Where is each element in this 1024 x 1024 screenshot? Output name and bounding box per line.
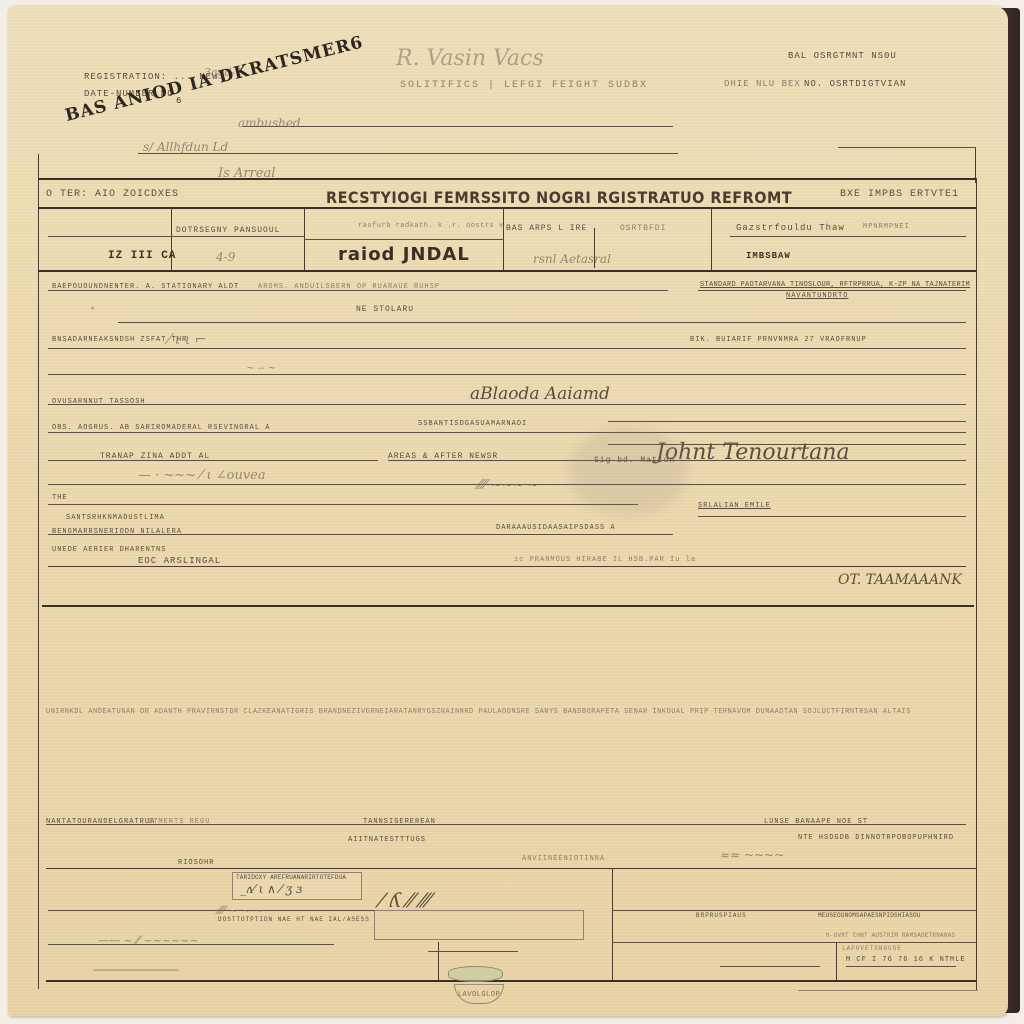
hand-entry: — · ~~~ ⁄ ι ∠ouvea	[138, 468, 266, 483]
footer-field: RIOSOHR	[178, 859, 214, 867]
hand-entry: s/ Allhfdun Ld	[143, 140, 228, 154]
body-field: NAVANTUNDRTO	[786, 292, 848, 300]
hand-entry: ~ -- ~	[246, 363, 276, 374]
footer-field: NANTATOURANDELGRATRUA	[46, 818, 155, 826]
page-title: RECSTYIOGI FEMRSSITO NOGRI RGISTRATUO RE…	[326, 188, 691, 207]
hand-entry: _ʌ⁄ ι ∧ ⁄ ʒ ɜ	[240, 882, 302, 896]
left-margin-rule	[38, 154, 39, 989]
footer-table-top	[46, 868, 976, 869]
footer-table-bottom	[46, 980, 976, 982]
footer-rule	[720, 966, 820, 967]
body-field: STANDARD PAOTARVANA TINOSLOUR, RFTRPRRUA…	[700, 281, 970, 289]
body-rule	[698, 290, 966, 291]
body-rule	[48, 348, 966, 349]
body-rule	[698, 516, 966, 517]
hand-entry: ⁄⁄⁄⁄ ~ ~ ~	[218, 904, 264, 917]
cell-label: mpnrmpnei	[863, 223, 910, 231]
body-field: ic PRANMOUS HIRABE IL HSB.PAR Iu la	[514, 556, 696, 564]
document-page: REGISTRATION: ... NEW 3agd-1 DATE-NUMBER…	[8, 6, 1008, 1016]
cell-label: Gazstrfouldu Thaw	[736, 223, 845, 233]
body-rule	[48, 460, 378, 461]
footer-note: H-UVRT CHNT AUSTRIM RAMSADETRNANAS	[826, 932, 955, 939]
body-field: EOC ARSLINGAL	[138, 556, 221, 566]
body-field: OBS. AOGRUS. AB SARIROMADERAL RSEVINGRAL…	[52, 424, 270, 432]
title-bar-right: BXE IMPBS ERTVTE1	[840, 189, 959, 200]
cell-value: IMBSBAW	[746, 251, 791, 261]
table-right-edge	[976, 178, 977, 270]
hand-entry: aBlaoda Aaiamd	[470, 384, 610, 404]
header-right-line2-left: OHIE NLU BEX	[724, 79, 801, 89]
footer-label: BRPRUSPIAUS	[696, 912, 747, 919]
body-field: BIK. BUIARIF PRNVNMRA 27 VRAOFRNUP	[690, 336, 867, 344]
header-right-line2-right: NO. OSRTDIGTVIAN	[804, 79, 906, 89]
footer-field: NTE HSDGDB DINNOTRPOBOPUPHNIRD	[798, 834, 954, 842]
bullet-mark: *	[90, 306, 96, 316]
signature: ⁄ ʎ ⁄⁄ ⁄⁄⁄	[380, 888, 430, 912]
body-field: BNSADARNEAKSNDSH ZSFAT Thr	[52, 336, 187, 344]
header-right-line1: BAL OSRGTMNT NS0U	[788, 51, 897, 61]
footer-rule	[612, 910, 976, 911]
cell-label: OSRTBFDI	[620, 224, 666, 233]
table-divider	[711, 207, 712, 270]
letterhead-signature: R. Vasin Vacs	[396, 46, 544, 71]
body-field: SSBANTISDGASUAMARNADI	[418, 420, 527, 428]
footer-rule	[612, 942, 976, 943]
corner-box-top	[838, 147, 976, 148]
cell-value-hand: rsnl Aetasral	[533, 252, 611, 266]
title-bar-left: O TER: AIO ZOICDXES	[46, 189, 179, 200]
body-field: AROMS. Anduilsbern op ruaraue ruhsp	[258, 283, 440, 291]
hand-entry: ⁄ ι ι ⌐	[168, 332, 206, 348]
letterhead-subtitle: SOLITIFICS | LEFGI FEIGHT SUDBX	[400, 80, 648, 91]
footer-field: AIITNATESTTTUGS	[348, 836, 426, 844]
cell-label: BAS ARPS L Ire	[506, 224, 587, 233]
footer-rule	[428, 951, 518, 952]
record-id: M CF I 76 76 16 K NTMLE	[846, 956, 966, 964]
hand-entry: ambushed	[238, 116, 301, 130]
info-table-bottom	[38, 270, 976, 272]
signature-box	[374, 910, 584, 940]
hand-entry: ─────────────	[93, 964, 179, 977]
body-field: SRLALIAN Emile	[698, 502, 771, 510]
header-rule	[243, 126, 673, 127]
body-rule	[48, 404, 966, 405]
body-field: DARAAAUSIDAASAIPSDASS A	[496, 524, 616, 532]
right-border	[976, 270, 977, 990]
sig-box-sub: DOSTTOTPTIDN NAE HT NAE IAL/ASESS	[218, 916, 370, 923]
remarks-text: UNIRNKDL ANDEATUNAN OR ADANTH PRAVIRNSTD…	[46, 708, 966, 716]
title-bar-top	[38, 178, 976, 180]
footer-divider	[438, 942, 439, 980]
cell-label: DOTRSEGNY Pansuoul	[176, 226, 280, 235]
body-field: SANTSRHKNMADUSTLIMA	[66, 514, 165, 522]
body-rule	[608, 421, 966, 422]
stamp-mark: 6	[176, 96, 182, 106]
footer-label: MEUSEOUNOMSAPAESNPIDSHIASOU	[818, 912, 921, 919]
hand-entry: ⁄⁄⁄⁄ ~~~ ~	[478, 478, 539, 493]
footer-field: STMERTS Regu	[148, 818, 210, 826]
hand-entry: ≈≈ ~~~~	[720, 848, 784, 862]
footer-divider	[612, 868, 613, 980]
cell-value-id: IZ III ca	[108, 250, 176, 262]
footer-field: LUNSE BANAAPE NOE ST	[764, 818, 868, 826]
body-rule	[118, 322, 966, 323]
body-rule	[48, 566, 966, 567]
title-bar-bottom	[38, 207, 976, 209]
footer-divider	[836, 942, 837, 980]
paper-smudge	[568, 426, 688, 516]
body-field: the	[52, 494, 68, 502]
cell-value-name: raiod JNDAL	[338, 244, 470, 265]
body-section-bottom	[42, 605, 974, 607]
seal-stamp	[448, 966, 503, 982]
footer-rule	[798, 990, 978, 991]
cell-label: raufurb radkath. k .r. oostrs v	[358, 222, 504, 230]
hand-entry: —— ~ ⁄⁄ ~~~~~~	[98, 934, 199, 947]
body-rule	[48, 534, 673, 535]
table-row-rule	[304, 239, 504, 240]
footer-field: TANNSIGEREREAN	[363, 818, 436, 826]
body-field: UNEDE AERIER DHARENTNS	[52, 546, 166, 554]
hand-entry: OT. TAAMAAANK	[838, 572, 962, 588]
table-row-rule	[730, 236, 966, 237]
body-rule	[48, 432, 966, 433]
table-row-rule	[48, 236, 304, 237]
seal-stamp-label: LAVOLGLOP	[454, 984, 504, 1004]
body-field: NE STOLARU	[356, 305, 414, 314]
body-rule	[48, 374, 966, 375]
footer-note: LAPOVETSNNUGE	[842, 945, 902, 952]
body-field: BAEPOUOUNDNENTER. A. STATIONARY ALDT	[52, 283, 239, 291]
sig-box-label: TARIDOXY AREFRUANARIRTOTEFDUA	[236, 874, 346, 881]
footer-rule	[846, 966, 956, 967]
body-rule	[48, 504, 638, 505]
footer-field: ANVIINEENIOTINNA	[522, 855, 605, 863]
cell-value-hand: 4-9	[216, 250, 235, 264]
